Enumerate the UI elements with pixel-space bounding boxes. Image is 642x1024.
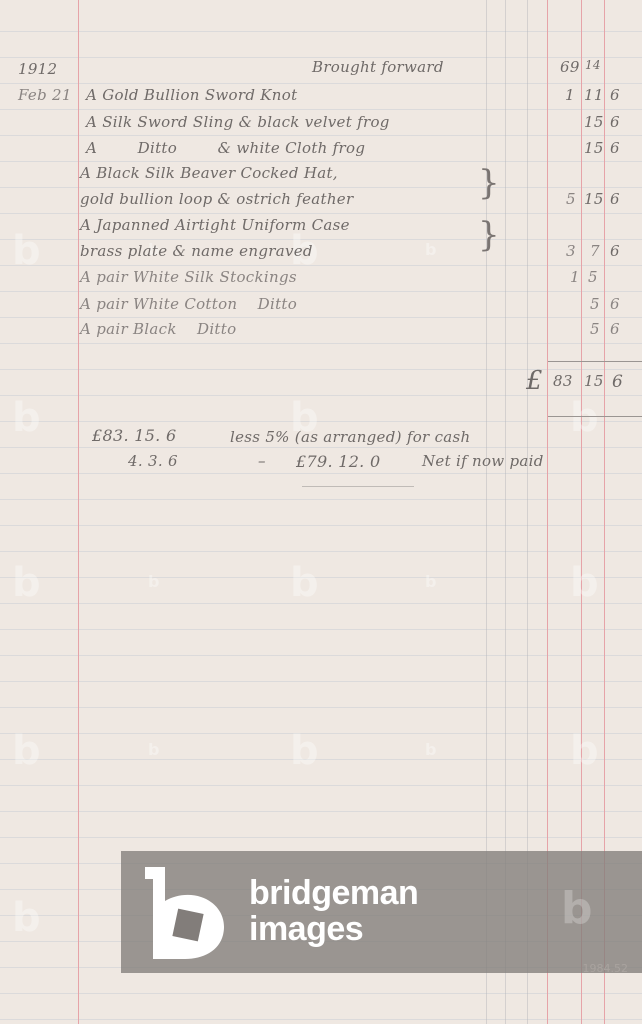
brand-line1: bridgeman	[249, 875, 418, 911]
total-shillings: 15	[584, 372, 604, 390]
item-shillings: 15	[584, 190, 604, 208]
brought-forward-label: Brought forward	[312, 58, 444, 76]
item-pounds: 1	[570, 268, 580, 286]
watermark-logo-icon: b	[148, 740, 159, 759]
brace-icon: }	[478, 218, 500, 252]
item-description: A Japanned Airtight Uniform Case	[80, 216, 350, 234]
bridgeman-logo-icon	[145, 867, 227, 959]
item-shillings: 15	[584, 139, 604, 157]
watermark-logo-icon: b	[12, 895, 41, 941]
item-pence: 6	[610, 295, 620, 313]
item-shillings: 11	[584, 86, 604, 104]
item-pounds: 3	[566, 242, 576, 260]
watermark-logo-icon: b	[425, 572, 436, 591]
item-shillings: 5	[590, 320, 600, 338]
item-description: A pair White Silk Stockings	[80, 268, 297, 286]
note-dash: –	[258, 452, 266, 470]
watermark-logo-icon: b	[425, 740, 436, 759]
watermark-logo-icon: b	[570, 728, 599, 774]
watermark-logo-icon: b	[12, 728, 41, 774]
note-net-amount: £79. 12. 0	[296, 452, 380, 471]
item-shillings: 7	[590, 242, 600, 260]
total-bottom-rule	[548, 416, 642, 417]
item-pence: 6	[610, 113, 620, 131]
watermark-logo-icon: b	[12, 560, 41, 606]
total-pounds: 83	[553, 372, 573, 390]
note-net-text: Net if now paid	[422, 452, 544, 470]
item-description-line2: gold bullion loop & ostrich feather	[80, 190, 353, 208]
item-description: A Black Silk Beaver Cocked Hat,	[80, 164, 338, 182]
pound-sign: £	[526, 366, 543, 396]
total-pence: 6	[612, 372, 623, 392]
watermark-logo-icon: b	[570, 395, 599, 441]
item-description: A Silk Sword Sling & black velvet frog	[86, 113, 390, 131]
year: 1912	[18, 60, 57, 78]
note-discount-text: less 5% (as arranged) for cash	[230, 428, 470, 446]
item-pence: 6	[610, 86, 620, 104]
left-margin-line	[78, 0, 79, 1024]
item-shillings: 5	[588, 268, 598, 286]
total-top-rule	[548, 361, 642, 362]
item-pence: 6	[610, 320, 620, 338]
brought-forward-shillings: 14	[585, 58, 601, 72]
item-pence: 6	[610, 139, 620, 157]
item-pounds: 5	[566, 190, 576, 208]
watermark-logo-icon: b	[570, 560, 599, 606]
bridgeman-brand-text: bridgeman images	[249, 875, 418, 947]
watermark-logo-icon: b	[561, 883, 593, 934]
watermark-logo-icon: b	[148, 572, 159, 591]
item-description: A Gold Bullion Sword Knot	[86, 86, 297, 104]
brand-line2: images	[249, 911, 418, 947]
item-description: A pair White Cotton Ditto	[80, 295, 297, 313]
watermark-banner: bridgeman images b	[121, 851, 642, 973]
item-pence: 6	[610, 242, 620, 260]
net-underline	[302, 486, 414, 487]
brought-forward-pounds: 69	[560, 58, 580, 76]
entry-date: Feb 21	[18, 86, 72, 104]
item-shillings: 5	[590, 295, 600, 313]
watermark-logo-icon: b	[290, 728, 319, 774]
watermark-logo-icon: b	[290, 560, 319, 606]
item-pounds: 1	[565, 86, 575, 104]
note-gross-amount: £83. 15. 6	[92, 426, 176, 445]
item-description: A pair Black Ditto	[80, 320, 236, 338]
catalog-number: 1984.52	[583, 962, 629, 975]
brace-icon: }	[478, 166, 500, 200]
item-description-line2: brass plate & name engraved	[80, 242, 313, 260]
watermark-logo-icon: b	[12, 228, 41, 274]
item-description: A Ditto & white Cloth frog	[86, 139, 365, 157]
watermark-logo-icon: b	[425, 240, 436, 259]
item-pence: 6	[610, 190, 620, 208]
item-shillings: 15	[584, 113, 604, 131]
note-discount-amount: 4. 3. 6	[128, 452, 178, 470]
watermark-logo-icon: b	[12, 395, 41, 441]
